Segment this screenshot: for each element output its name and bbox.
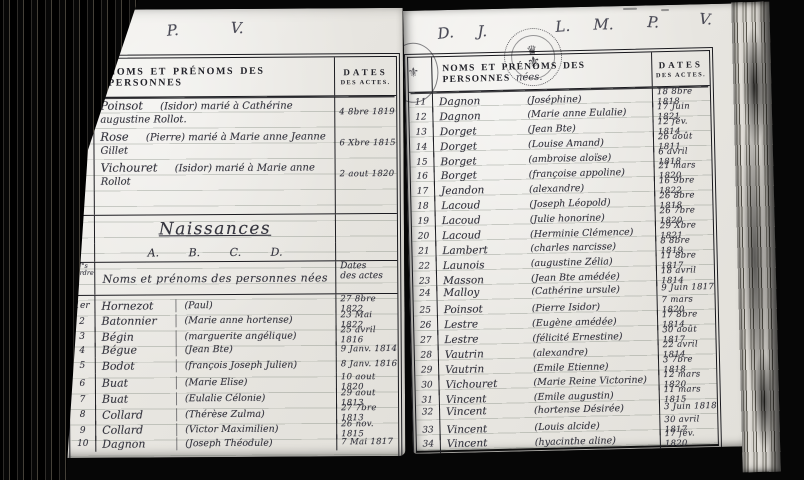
marriage-entry-row: 11. Rose (Pierre) marié à Marie anne Jea…	[68, 127, 396, 160]
name-cell: Bégin (marguerite angélique)	[96, 329, 336, 343]
date-cell: 17 fév. 1820	[660, 428, 718, 449]
surname: Borget	[440, 154, 520, 168]
scanned-register-spread: P. V. N.° d'or. NOMS ET PRÉNOMS DES PERS…	[0, 0, 804, 480]
surname: Dorget	[440, 139, 520, 153]
surname: Launois	[443, 258, 523, 272]
surname: Lestre	[444, 318, 524, 332]
forenames: (Paul)	[176, 300, 212, 311]
forenames: (Pierre Isidor)	[524, 302, 600, 315]
right-page: D. J. L. M. P. V. ♛ ⚜ ⚜ NOMS ET PRÉNOMS …	[403, 3, 749, 454]
table-body-right: 11 Dagnon (Joséphine) 18 8bre 1818 12 Da…	[409, 86, 718, 451]
forenames: (françois Joseph Julien)	[177, 359, 297, 371]
date-cell: 2 aout 1820	[335, 158, 397, 189]
forenames: (Herminie Clémence)	[522, 226, 634, 240]
name-cell: Hornezot (Paul)	[95, 298, 335, 312]
surname: Jeandon	[441, 184, 521, 198]
marriage-entry-row: 12 Vichouret (Isidor) marié à Marie anne…	[69, 158, 397, 191]
name-cell: Dagnon (Joseph Théodule)	[96, 436, 336, 450]
column-header-dates: DATES DES ACTES.	[651, 51, 710, 86]
entry-detail: (Pierre) marié à Marie anne Jeanne Gille…	[100, 131, 325, 156]
name-cell: Collard (Victor Maximilien)	[96, 423, 336, 437]
forenames: (Joséphine)	[519, 93, 582, 105]
column-header-dates: DATES DES ACTES.	[334, 57, 396, 95]
forenames: (Emile augustin)	[526, 391, 614, 404]
surname: Dagnon	[439, 94, 519, 108]
forenames: (Jean Bte)	[520, 123, 576, 135]
forenames: (augustine Zélia)	[523, 257, 613, 270]
surname: Poinsot	[444, 303, 524, 317]
subheader-dates: Dates des actes	[335, 261, 397, 293]
forenames: (Thérèse Zulma)	[177, 408, 265, 420]
date-cell: 9 Juin 1817	[656, 280, 714, 296]
name-cell: Bodot (françois Joseph Julien)	[96, 358, 336, 372]
birth-entry-row: 10 Dagnon (Joseph Théodule) 7 Mai 1817	[70, 434, 398, 452]
surname: Batonnier	[101, 314, 176, 327]
date-cell: 3 Juin 1818	[659, 399, 717, 415]
forenames: (Marie Elise)	[177, 377, 248, 388]
surname: Lacoud	[442, 213, 522, 227]
entry-number-cell: 24	[413, 286, 437, 301]
top-index-letter: M.	[593, 15, 614, 33]
index-letters-row: A. B. C. D.	[69, 242, 397, 262]
subheader-names: Noms et prénoms des personnes nées	[95, 271, 335, 285]
surname: Buat	[102, 377, 177, 390]
surname: Buat	[102, 392, 177, 405]
name-cell: Batonnier (Marie anne hortense)	[95, 313, 335, 327]
surname: Rose	[100, 130, 128, 144]
ink-smudge	[623, 8, 637, 10]
entry-number-cell: 10	[70, 436, 96, 452]
date-cell: 8 Janv. 1816	[336, 356, 398, 372]
surname: Lambert	[442, 243, 522, 257]
date-cell: 7 Mai 1817	[336, 434, 398, 450]
surname: Collard	[102, 424, 177, 437]
section-letters: A. B. C. D.	[95, 245, 335, 259]
name-cell: Vincent (hyacinthe aline)	[441, 434, 660, 451]
birth-entries-right: 11 Dagnon (Joséphine) 18 8bre 1818 12 Da…	[409, 86, 718, 450]
surname: Vincent	[446, 422, 526, 436]
forenames: (hyacinthe aline)	[527, 435, 616, 448]
surname: Borget	[441, 169, 521, 183]
table-body-left: 10 Poinsot (Isidor) marié à Cathérine au…	[68, 96, 398, 458]
surname: Malloy	[443, 285, 523, 299]
entry-number-cell: 32	[416, 405, 440, 420]
top-index-letter: D.	[437, 23, 455, 43]
forenames: (Joseph Théodule)	[177, 437, 272, 449]
surname: Dagnon	[102, 437, 177, 450]
surname: Lestre	[444, 333, 524, 347]
forenames: (félicité Ernestine)	[524, 331, 622, 344]
section-band-naissances: Naissances	[69, 213, 397, 244]
forenames: (Victor Maximilien)	[177, 424, 278, 436]
surname: Hornezot	[101, 299, 176, 312]
entry-number-cell: 34	[417, 435, 441, 454]
date-cell: 4 8bre 1819	[334, 96, 396, 127]
name-cell: Bégue (Jean Bte)	[96, 342, 336, 356]
forenames: (Joseph Léopold)	[521, 197, 610, 210]
date-cell: 6 Xbre 1815	[334, 127, 396, 158]
forenames: (Marie anne Eulalie)	[519, 107, 626, 120]
register-table-right: NOMS ET PRÉNOMS DES PERSONNES nées. DATE…	[407, 50, 719, 453]
marriage-entries: 10 Poinsot (Isidor) marié à Cathérine au…	[68, 96, 397, 191]
forenames: (Emile Etienne)	[525, 361, 609, 374]
surname: Dagnon	[439, 109, 519, 123]
forenames: (Eulalie Célonie)	[177, 393, 265, 405]
marriage-entry-row: 10 Poinsot (Isidor) marié à Cathérine au…	[68, 96, 396, 129]
surname: Vichouret	[101, 160, 158, 174]
surname: Collard	[102, 408, 177, 421]
forenames: (charles narcisse)	[522, 242, 616, 255]
name-cell: Rose (Pierre) marié à Marie anne Jeanne …	[94, 129, 334, 157]
top-index-letter: V.	[230, 19, 244, 38]
top-index-letter: L.	[555, 17, 571, 36]
surname: Lacoud	[441, 199, 521, 213]
forenames: (hortense Désirée)	[526, 403, 624, 416]
surname: Bégin	[102, 330, 177, 343]
register-table-left: N.° d'or. NOMS ET PRÉNOMS DES PERSONNES …	[67, 56, 400, 458]
forenames: (Louise Amand)	[520, 138, 604, 151]
forenames: (Marie anne hortense)	[177, 315, 293, 327]
name-cell: Buat (Marie Elise)	[96, 376, 336, 390]
surname: Vincent	[447, 437, 527, 451]
forenames: (marguerite angélique)	[177, 330, 297, 342]
surname: Vincent	[446, 404, 526, 418]
forenames: (Marie Reine Victorine)	[525, 375, 647, 389]
forenames: (Eugène amédée)	[524, 316, 617, 329]
name-cell: Buat (Eulalie Célonie)	[96, 391, 336, 405]
section-title-naissances: Naissances	[95, 218, 335, 239]
name-cell: Vichouret (Isidor) marié à Marie anne Ro…	[95, 160, 335, 188]
surname: Poinsot	[100, 99, 143, 113]
surname: Dorget	[440, 124, 520, 138]
forenames: (françoise appoline)	[521, 167, 625, 180]
top-index-letter: J.	[477, 22, 487, 40]
top-index-letter: P.	[166, 21, 179, 40]
date-cell: 9 Janv. 1814	[336, 341, 398, 357]
surname: Vautrin	[445, 362, 525, 376]
forenames: (alexandre)	[525, 347, 588, 359]
ink-smudge	[661, 9, 669, 11]
top-index-letter: V.	[699, 10, 713, 29]
surname: Bodot	[102, 359, 177, 372]
surname: Bégue	[102, 343, 177, 356]
forenames: (Jean Bte)	[177, 344, 233, 355]
birth-entries-left: 1er Hornezot (Paul) 27 8bre 1822 2 Baton…	[69, 294, 398, 452]
forenames: (Julie honorine)	[522, 212, 605, 225]
handwritten-subheader-row: N°s d'ordre Noms et prénoms des personne…	[69, 260, 397, 296]
forenames: (ambroise aloïse)	[520, 152, 611, 165]
table-header-row: N.° d'or. NOMS ET PRÉNOMS DES PERSONNES …	[68, 57, 396, 98]
forenames: (Louis alcide)	[526, 421, 599, 434]
top-index-letter: P.	[647, 13, 660, 32]
column-header-number	[408, 57, 433, 92]
surname: Lacoud	[442, 228, 522, 242]
blank-ruled-rows	[69, 189, 397, 215]
surname: Vautrin	[445, 347, 525, 361]
forenames: (alexandre)	[521, 183, 584, 195]
name-cell: Collard (Thérèse Zulma)	[96, 407, 336, 421]
name-cell: Poinsot (Isidor) marié à Cathérine augus…	[94, 98, 334, 126]
surname: Vichouret	[445, 377, 525, 391]
forenames: (Cathérine ursule)	[523, 284, 620, 297]
column-header-names: NOMS ET PRÉNOMS DES PERSONNES	[94, 65, 334, 88]
